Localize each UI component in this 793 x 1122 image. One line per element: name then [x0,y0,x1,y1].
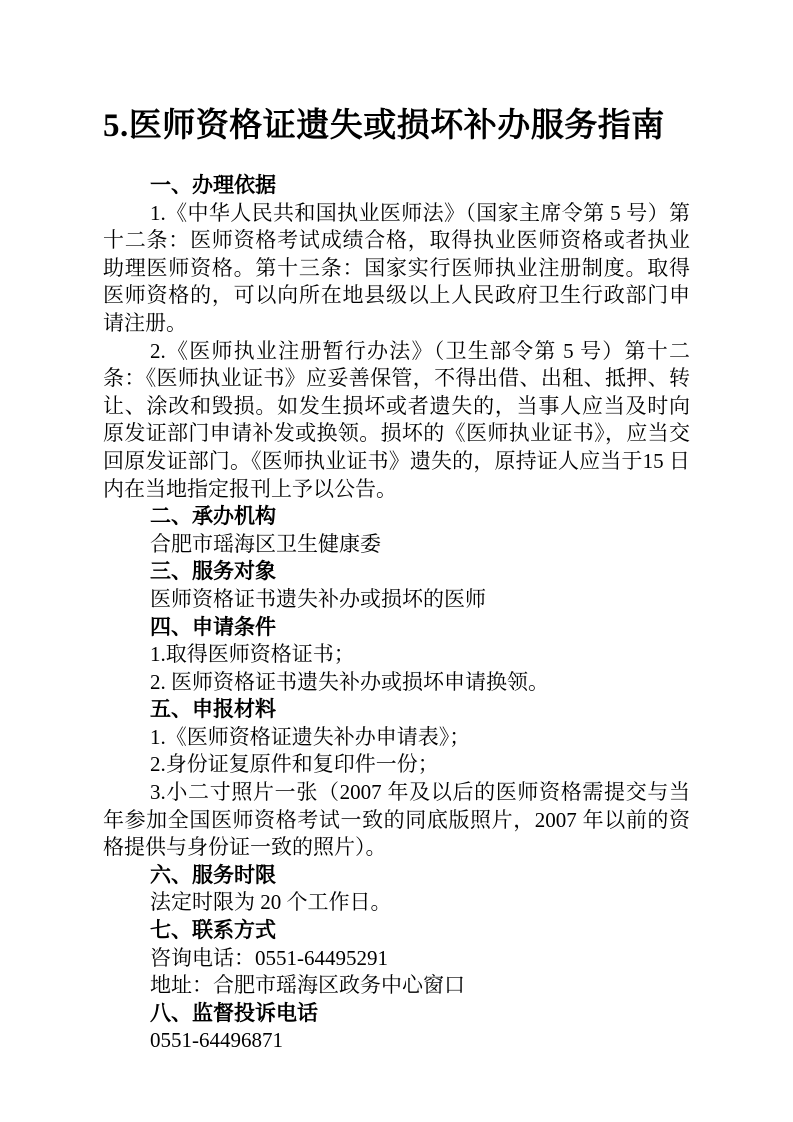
section-heading: 二、承办机构 [103,503,690,531]
paragraph: 合肥市瑶海区卫生健康委 [103,531,690,559]
paragraph: 3.小二寸照片一张（2007 年及以后的医师资格需提交与当年参加全国医师资格考试… [103,779,690,862]
paragraph: 法定时限为 20 个工作日。 [103,889,690,917]
section-heading: 八、监督投诉电话 [103,1000,690,1028]
paragraph: 2.身份证复原件和复印件一份； [103,751,690,779]
document-title: 5.医师资格证遗失或损坏补办服务指南 [103,106,690,146]
section-heading: 一、办理依据 [103,172,690,200]
section-heading: 六、服务时限 [103,862,690,890]
section-heading: 七、联系方式 [103,917,690,945]
paragraph: 2.《医师执业注册暂行办法》（卫生部令第 5 号）第十二条：《医师执业证书》应妥… [103,338,690,504]
paragraph: 0551-64496871 [103,1027,690,1055]
section-heading: 五、申报材料 [103,696,690,724]
paragraph: 咨询电话：0551-64495291 [103,945,690,973]
paragraph: 1.《医师资格证遗失补办申请表》； [103,724,690,752]
document-body: 一、办理依据1.《中华人民共和国执业医师法》（国家主席令第 5 号）第十二条：医… [103,172,690,1055]
section-heading: 三、服务对象 [103,558,690,586]
section-heading: 四、申请条件 [103,614,690,642]
paragraph: 1.《中华人民共和国执业医师法》（国家主席令第 5 号）第十二条：医师资格考试成… [103,200,690,338]
document-page: 5.医师资格证遗失或损坏补办服务指南 一、办理依据1.《中华人民共和国执业医师法… [0,0,793,1122]
paragraph: 1.取得医师资格证书； [103,641,690,669]
paragraph: 2. 医师资格证书遗失补办或损坏申请换领。 [103,669,690,697]
paragraph: 医师资格证书遗失补办或损坏的医师 [103,586,690,614]
paragraph: 地址：合肥市瑶海区政务中心窗口 [103,972,690,1000]
